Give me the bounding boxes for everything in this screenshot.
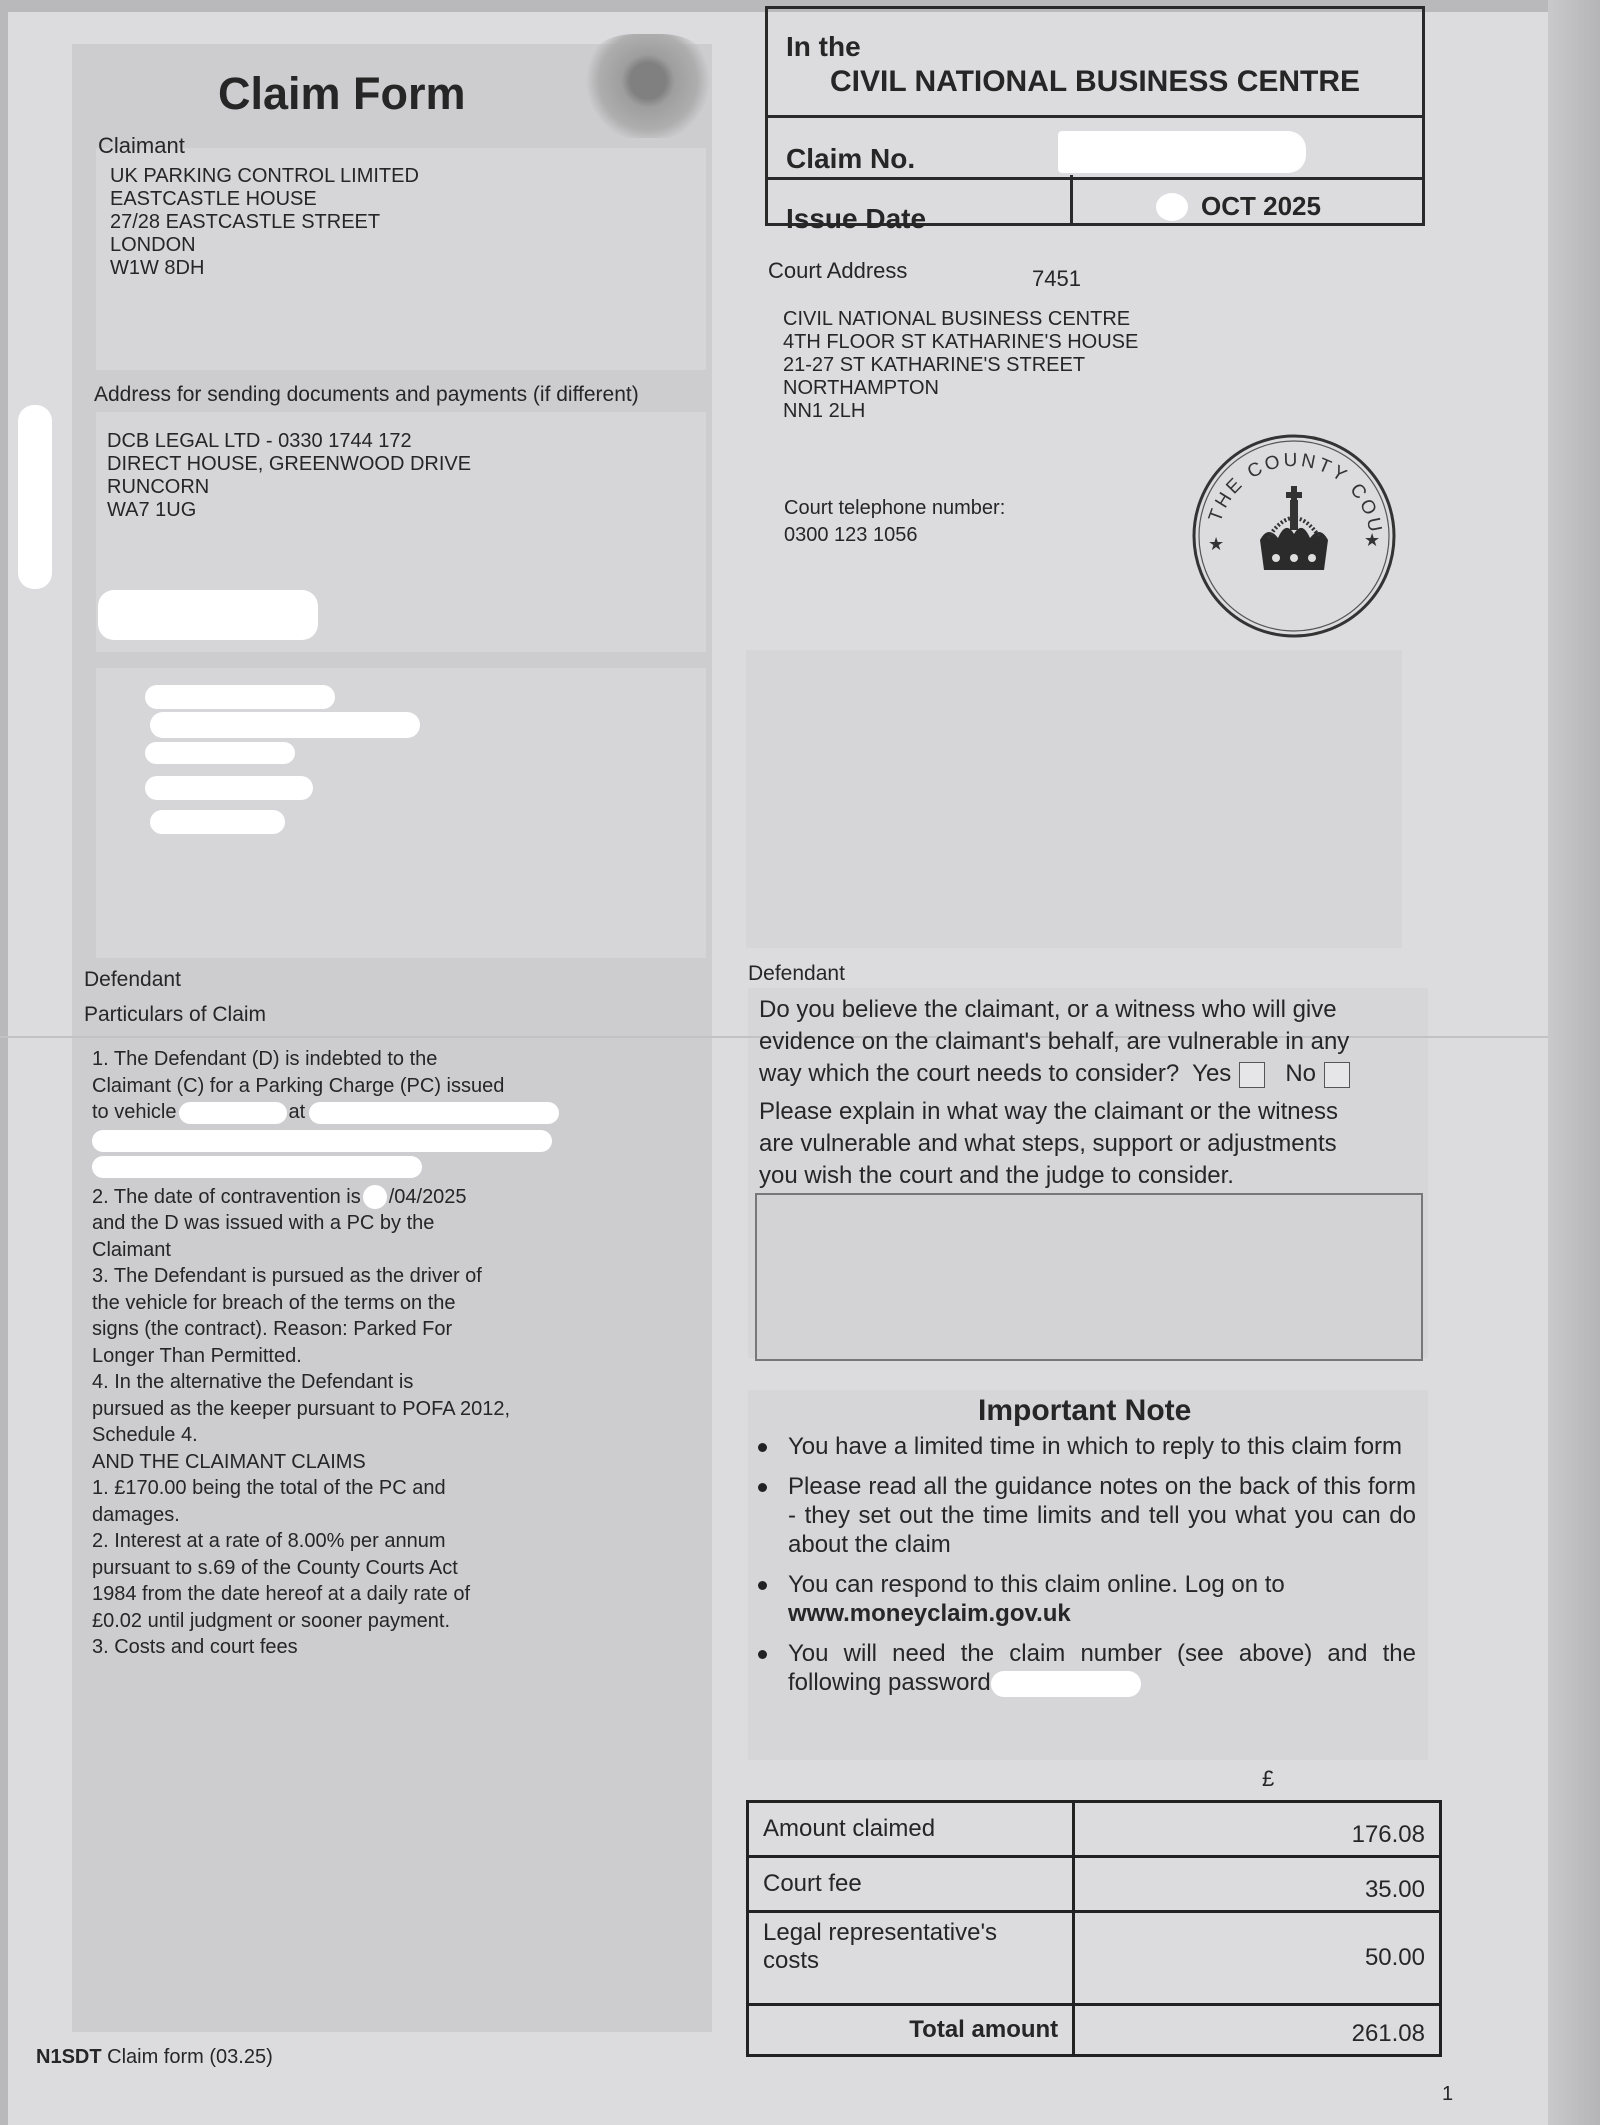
issue-date-label: Issue Date	[786, 203, 926, 235]
background-edge	[1548, 0, 1600, 2125]
important-note-title: Important Note	[978, 1394, 1191, 1428]
table-row: Legal representative's costs 50.00	[748, 1912, 1441, 2005]
redaction	[179, 1102, 287, 1124]
no-label: No	[1285, 1060, 1316, 1087]
list-item: You will need the claim number (see abov…	[756, 1639, 1416, 1697]
claimant-label: Claimant	[98, 133, 185, 159]
redaction	[363, 1185, 387, 1209]
table-row: Total amount 261.08	[748, 2005, 1441, 2056]
redaction	[150, 810, 285, 834]
form-title: Claim Form	[218, 68, 466, 120]
county-court-seal-icon: THE COUNTY COURT ★ ★	[1188, 430, 1400, 642]
redaction	[145, 742, 295, 764]
amounts-table: Amount claimed 176.08 Court fee 35.00 Le…	[746, 1800, 1442, 2057]
court-code: 7451	[1032, 266, 1081, 292]
redaction	[92, 1130, 552, 1152]
court-address: CIVIL NATIONAL BUSINESS CENTRE 4TH FLOOR…	[783, 308, 1138, 423]
list-item: You have a limited time in which to repl…	[756, 1432, 1416, 1461]
currency-symbol: £	[1262, 1766, 1274, 1792]
redaction	[92, 1156, 422, 1178]
defendant-label-left: Defendant	[84, 968, 181, 992]
redaction	[150, 712, 420, 738]
svg-text:★: ★	[1364, 530, 1380, 550]
royal-coat-of-arms-icon	[580, 34, 716, 138]
list-item: Please read all the guidance notes on th…	[756, 1472, 1416, 1559]
court-name: CIVIL NATIONAL BUSINESS CENTRE	[830, 65, 1360, 99]
in-the-label: In the	[786, 31, 861, 63]
service-address: DCB LEGAL LTD - 0330 1744 172 DIRECT HOU…	[107, 430, 471, 522]
svg-text:THE COUNTY COURT: THE COUNTY COURT	[1188, 430, 1386, 536]
page-number: 1	[1442, 2083, 1453, 2106]
particulars-of-claim: 1. The Defendant (D) is indebted to the …	[92, 1046, 652, 1661]
important-note-list: You have a limited time in which to repl…	[756, 1432, 1416, 1708]
table-row: Amount claimed 176.08	[748, 1802, 1441, 1857]
table-row: Court fee 35.00	[748, 1857, 1441, 1912]
redaction	[18, 405, 52, 589]
svg-text:★: ★	[1208, 534, 1224, 554]
issue-date-value: OCT 2025	[1201, 191, 1321, 222]
court-telephone-value: 0300 123 1056	[784, 524, 917, 547]
vulnerability-explanation-field[interactable]	[755, 1193, 1423, 1361]
particulars-label: Particulars of Claim	[84, 1003, 266, 1027]
redaction	[145, 776, 313, 800]
password-redaction	[991, 1671, 1141, 1697]
court-info-box: In the CIVIL NATIONAL BUSINESS CENTRE Cl…	[765, 6, 1425, 226]
claim-no-value	[1058, 131, 1306, 173]
redaction	[145, 685, 335, 709]
redaction	[98, 590, 318, 640]
no-checkbox[interactable]	[1324, 1062, 1350, 1088]
service-address-label: Address for sending documents and paymen…	[94, 383, 639, 407]
court-address-label: Court Address	[768, 258, 907, 284]
defendant-label-right: Defendant	[748, 962, 845, 986]
claim-no-label: Claim No.	[786, 143, 915, 175]
claimant-address: UK PARKING CONTROL LIMITED EASTCASTLE HO…	[110, 165, 419, 280]
yes-label: Yes	[1192, 1060, 1231, 1087]
vulnerability-question: Do you believe the claimant, or a witnes…	[759, 994, 1427, 1192]
blank-box	[746, 650, 1402, 948]
moneyclaim-link[interactable]: www.moneyclaim.gov.uk	[788, 1600, 1071, 1627]
court-telephone-label: Court telephone number:	[784, 497, 1005, 520]
redaction	[309, 1102, 559, 1124]
list-item: You can respond to this claim online. Lo…	[756, 1570, 1416, 1628]
yes-checkbox[interactable]	[1239, 1062, 1265, 1088]
redaction	[1156, 193, 1188, 221]
form-code-footer: N1SDT Claim form (03.25)	[36, 2046, 273, 2069]
